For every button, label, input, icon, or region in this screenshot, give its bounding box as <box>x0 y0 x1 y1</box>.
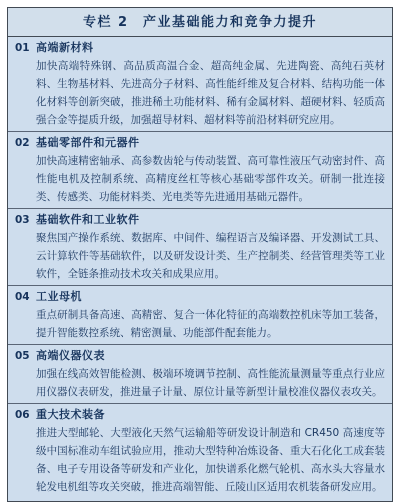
section-heading: 基础软件和工业软件 <box>36 211 140 229</box>
section-body: 加快高速精密轴承、高参数齿轮与传动装置、高可靠性液压气动密封件、高性能电机及控制… <box>36 152 385 206</box>
section-02: 02 基础零部件和元器件 加快高速精密轴承、高参数齿轮与传动装置、高可靠性液压气… <box>8 131 392 208</box>
section-heading: 高端新材料 <box>36 39 94 57</box>
section-heading: 高端仪器仪表 <box>36 347 105 365</box>
section-05: 05 高端仪器仪表 加强在线高效智能检测、极端环境调节控制、高性能流量测量等重点… <box>8 344 392 403</box>
section-heading: 基础零部件和元器件 <box>36 134 140 152</box>
section-header: 06 重大技术装备 <box>15 406 385 424</box>
section-heading: 工业母机 <box>36 288 82 306</box>
section-header: 01 高端新材料 <box>15 39 385 57</box>
section-header: 04 工业母机 <box>15 288 385 306</box>
section-01: 01 高端新材料 加快高端特殊钢、高品质高温合金、超高纯金属、先进陶瓷、高纯石英… <box>8 37 392 131</box>
section-number: 01 <box>15 39 36 57</box>
section-body: 加快高端特殊钢、高品质高温合金、超高纯金属、先进陶瓷、高纯石英材料、生物基材料、… <box>36 57 385 129</box>
section-header: 05 高端仪器仪表 <box>15 347 385 365</box>
section-header: 03 基础软件和工业软件 <box>15 211 385 229</box>
column-panel: 专栏 2 产业基础能力和竞争力提升 01 高端新材料 加快高端特殊钢、高品质高温… <box>7 7 393 502</box>
panel-title: 专栏 2 产业基础能力和竞争力提升 <box>8 8 392 37</box>
section-number: 04 <box>15 288 36 306</box>
section-heading: 重大技术装备 <box>36 406 105 424</box>
section-header: 02 基础零部件和元器件 <box>15 134 385 152</box>
section-body: 推进大型邮轮、大型液化天然气运输船等研发设计制造和 CR450 高速度等级中国标… <box>36 424 385 496</box>
section-number: 06 <box>15 406 36 424</box>
section-body: 聚焦国产操作系统、数据库、中间件、编程语言及编译器、开发测试工具、云计算软件等基… <box>36 229 385 283</box>
section-number: 05 <box>15 347 36 365</box>
section-04: 04 工业母机 重点研制具备高速、高精密、复合一体化特征的高端数控机床等加工装备… <box>8 285 392 344</box>
section-body: 重点研制具备高速、高精密、复合一体化特征的高端数控机床等加工装备，提升智能数控系… <box>36 306 385 342</box>
section-number: 02 <box>15 134 36 152</box>
section-06: 06 重大技术装备 推进大型邮轮、大型液化天然气运输船等研发设计制造和 CR45… <box>8 403 392 498</box>
section-body: 加强在线高效智能检测、极端环境调节控制、高性能流量测量等重点行业应用仪器仪表研发… <box>36 365 385 401</box>
section-number: 03 <box>15 211 36 229</box>
section-03: 03 基础软件和工业软件 聚焦国产操作系统、数据库、中间件、编程语言及编译器、开… <box>8 208 392 285</box>
